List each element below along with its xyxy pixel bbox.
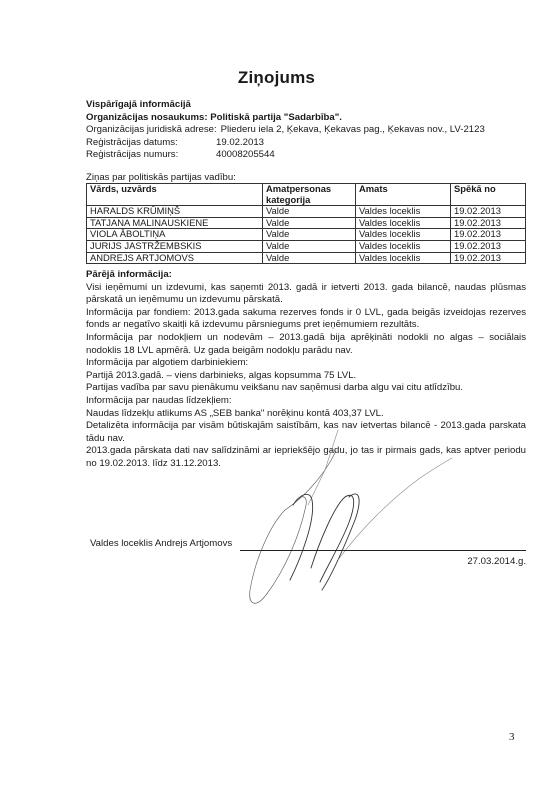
info-paragraph: Partijas vadība par savu pienākumu veikš… xyxy=(86,382,526,395)
table-row: TATJANA MALINAUSKIENEValdeValdes locekli… xyxy=(87,217,526,229)
cell-effective-from: 19.02.2013 xyxy=(451,217,526,229)
reg-number-row: Reģistrācijas numurs: 40008205544 xyxy=(86,149,526,162)
cell-name: HARALDS KRŪMIŅŠ xyxy=(87,206,263,218)
info-paragraph: Informācija par nodokļiem un nodevām – 2… xyxy=(86,332,526,357)
reg-number-value: 40008205544 xyxy=(216,149,275,162)
info-paragraph: Informācija par naudas līdzekļiem: xyxy=(86,395,526,408)
board-table: Vārds, uzvārds Amatpersonas kategorija A… xyxy=(86,183,526,264)
info-paragraph: Naudas līdzekļu atlikums AS „SEB banka" … xyxy=(86,408,526,421)
header-category: Amatpersonas kategorija xyxy=(263,184,356,206)
cell-category: Valde xyxy=(263,217,356,229)
table-row: HARALDS KRŪMIŅŠValdeValdes loceklis19.02… xyxy=(87,206,526,218)
cell-position: Valdes loceklis xyxy=(356,252,451,264)
table-header-row: Vārds, uzvārds Amatpersonas kategorija A… xyxy=(87,184,526,206)
table-row: JURIJS JASTRŽEMBSKISValdeValdes loceklis… xyxy=(87,240,526,252)
reg-date-label: Reģistrācijas datums: xyxy=(86,137,216,150)
org-name: Organizācijas nosaukums: Politiskā parti… xyxy=(86,112,526,125)
info-paragraph: Informācija par algotiem darbiniekiem: xyxy=(86,357,526,370)
table-row: ANDREJS ARTJOMOVSValdeValdes loceklis19.… xyxy=(87,252,526,264)
info-paragraph: Partijā 2013.gadā. – viens darbinieks, a… xyxy=(86,370,526,383)
other-info: Pārējā informācija: Visi ieņēmumi un izd… xyxy=(86,269,526,471)
cell-position: Valdes loceklis xyxy=(356,229,451,241)
cell-position: Valdes loceklis xyxy=(356,217,451,229)
cell-effective-from: 19.02.2013 xyxy=(451,229,526,241)
info-paragraph: Detalizēta informācija par visām būtiska… xyxy=(86,420,526,445)
cell-category: Valde xyxy=(263,206,356,218)
cell-position: Valdes loceklis xyxy=(356,206,451,218)
cell-name: VIOLA ĀBOLTIŅA xyxy=(87,229,263,241)
cell-name: JURIJS JASTRŽEMBSKIS xyxy=(87,240,263,252)
header-position: Amats xyxy=(356,184,451,206)
cell-name: ANDREJS ARTJOMOVS xyxy=(87,252,263,264)
signer-name: Valdes loceklis Andrejs Artjomovs xyxy=(90,538,232,549)
cell-category: Valde xyxy=(263,252,356,264)
cell-category: Valde xyxy=(263,229,356,241)
reg-number-label: Reģistrācijas numurs: xyxy=(86,149,216,162)
page-number: 3 xyxy=(509,731,515,743)
address-value: Pliederu iela 2, Ķekava, Ķekavas pag., Ķ… xyxy=(221,124,485,137)
address-row: Organizācijas juridiskā adrese: Pliederu… xyxy=(86,124,526,137)
cell-category: Valde xyxy=(263,240,356,252)
general-info: Vispārīgajā informācijā Organizācijas no… xyxy=(86,99,526,162)
page-title: Ziņojums xyxy=(0,68,553,88)
general-heading: Vispārīgajā informācijā xyxy=(86,99,526,112)
cell-effective-from: 19.02.2013 xyxy=(451,240,526,252)
cell-effective-from: 19.02.2013 xyxy=(451,206,526,218)
signature-date: 27.03.2014.g. xyxy=(440,556,526,567)
other-paragraphs: Visi ieņēmumi un izdevumi, kas saņemti 2… xyxy=(86,282,526,471)
reg-date-row: Reģistrācijas datums: 19.02.2013 xyxy=(86,137,526,150)
signature-line xyxy=(240,550,526,551)
table-row: VIOLA ĀBOLTIŅAValdeValdes loceklis19.02.… xyxy=(87,229,526,241)
info-paragraph: Informācija par fondiem: 2013.gada sakum… xyxy=(86,307,526,332)
address-label: Organizācijas juridiskā adrese: xyxy=(86,124,217,137)
cell-position: Valdes loceklis xyxy=(356,240,451,252)
other-heading: Pārējā informācija: xyxy=(86,269,526,282)
header-effective-from: Spēkā no xyxy=(451,184,526,206)
cell-name: TATJANA MALINAUSKIENE xyxy=(87,217,263,229)
reg-date-value: 19.02.2013 xyxy=(216,137,264,150)
info-paragraph: Visi ieņēmumi un izdevumi, kas saņemti 2… xyxy=(86,282,526,307)
info-paragraph: 2013.gada pārskata dati nav salīdzināmi … xyxy=(86,445,526,470)
cell-effective-from: 19.02.2013 xyxy=(451,252,526,264)
header-name: Vārds, uzvārds xyxy=(87,184,263,206)
